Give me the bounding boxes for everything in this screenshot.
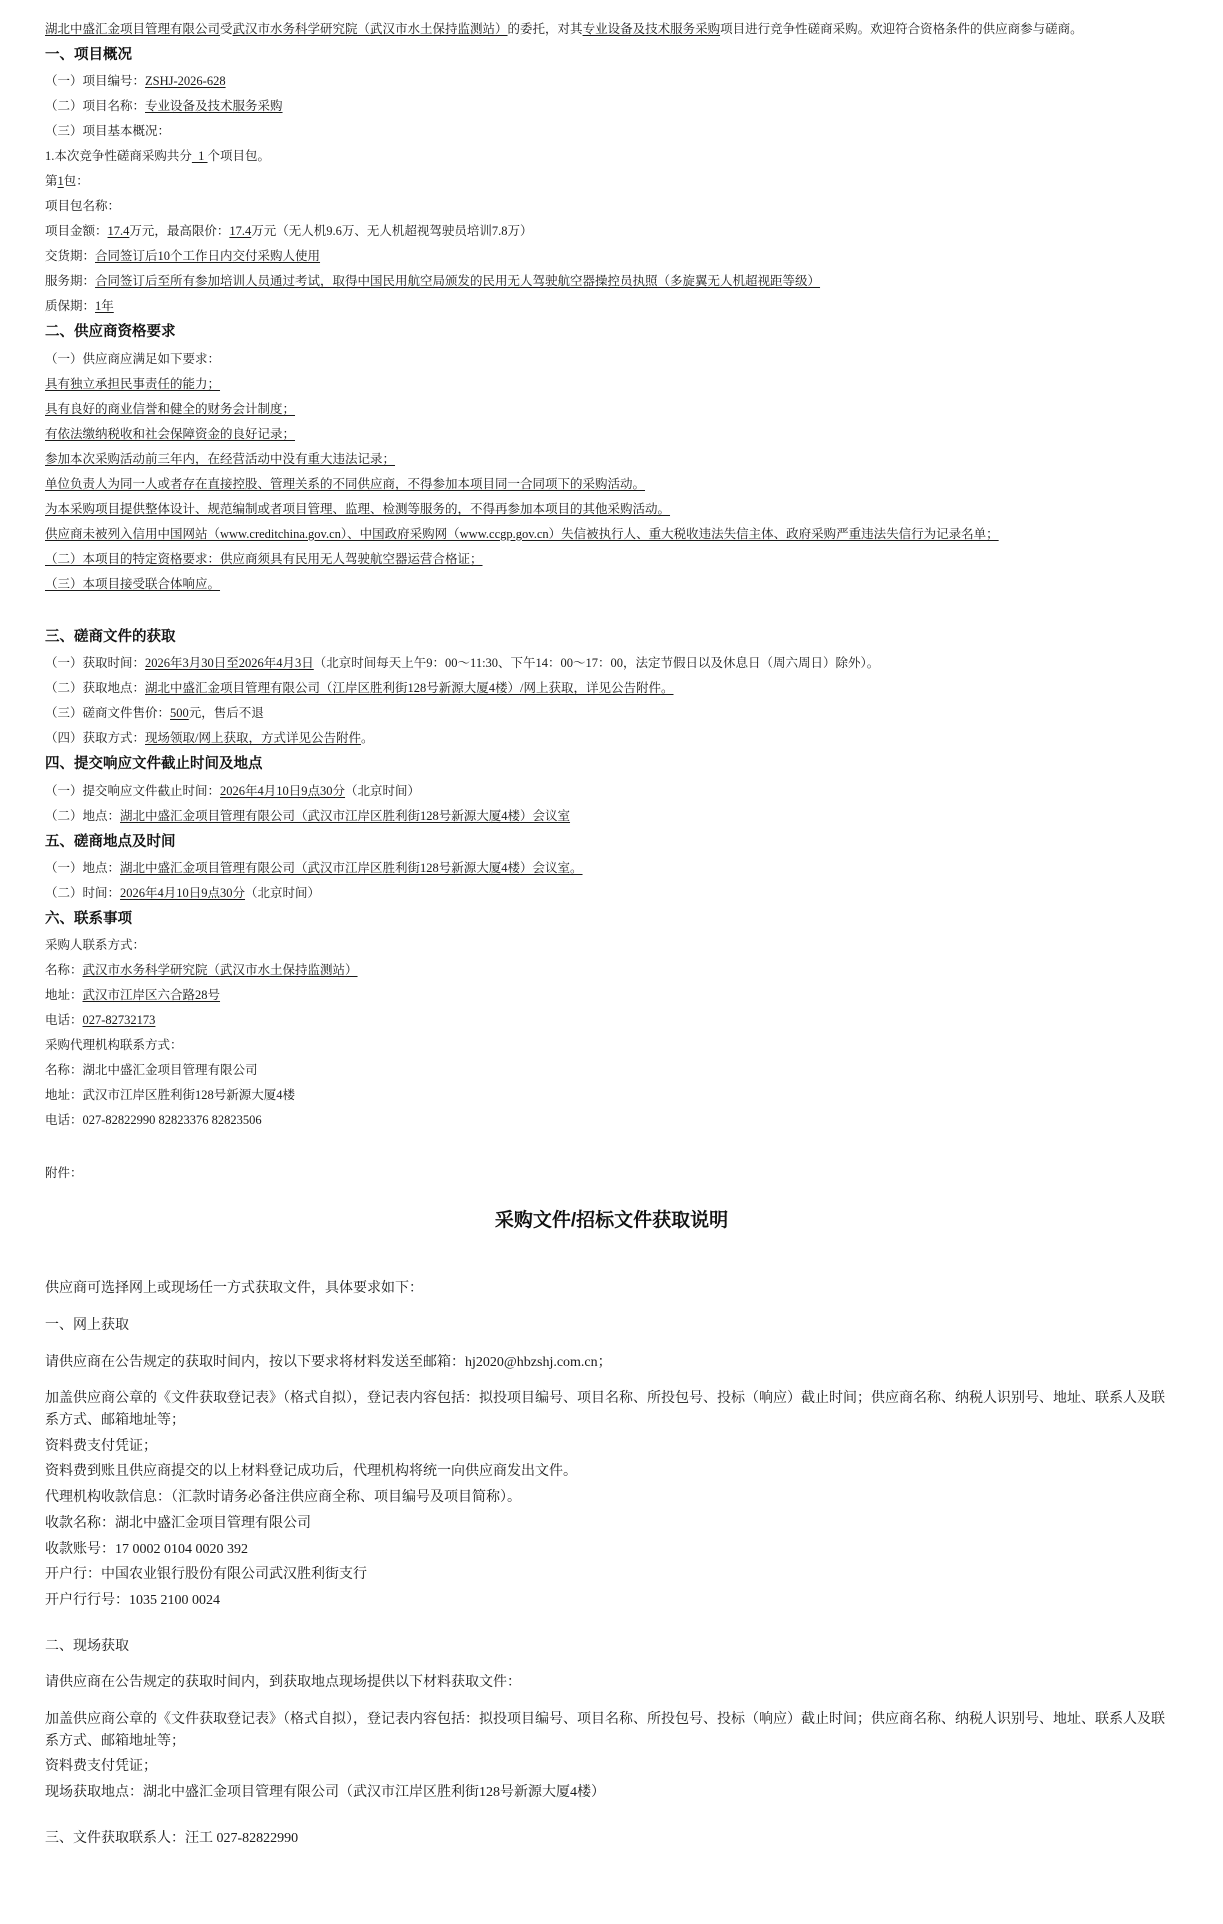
paragraph: 湖北中盛汇金项目管理有限公司受武汉市水务科学研究院（武汉市水土保持监测站）的委托…	[45, 22, 1178, 37]
text-segment: （二）时间：	[45, 886, 120, 900]
text-segment: 资料费支付凭证；	[45, 1759, 157, 1774]
text-segment: 三、文件获取联系人：汪工 027-82822990	[45, 1831, 298, 1846]
paragraph: 名称：武汉市水务科学研究院（武汉市水土保持监测站）	[45, 963, 1178, 978]
underlined-text: 具有独立承担民事责任的能力；	[45, 377, 220, 391]
paragraph: 电话：027-82732173	[45, 1013, 1178, 1028]
text-segment: 采购人联系方式：	[45, 938, 145, 952]
text-segment: （三）磋商文件售价：	[45, 706, 170, 720]
underlined-text: 有依法缴纳税收和社会保障资金的良好记录；	[45, 427, 295, 441]
paragraph: 资料费支付凭证；	[45, 1436, 1178, 1458]
paragraph: 1.本次竞争性磋商采购共分 1 个项目包。	[45, 149, 1178, 164]
text-segment: （一）获取时间：	[45, 656, 145, 670]
vertical-spacer	[45, 602, 1178, 627]
paragraph: 采购代理机构联系方式：	[45, 1038, 1178, 1053]
underlined-text: 供应商未被列入信用中国网站（www.creditchina.gov.cn）、中国…	[45, 527, 999, 541]
text-segment: 收款账号：17 0002 0104 0020 392	[45, 1542, 248, 1557]
text-segment: 请供应商在公告规定的获取时间内，到获取地点现场提供以下材料获取文件：	[45, 1675, 521, 1690]
text-segment: 加盖供应商公章的《文件获取登记表》（格式自拟），登记表内容包括：拟投项目编号、项…	[45, 1712, 1165, 1749]
attachment-body: 供应商可选择网上或现场任一方式获取文件，具体要求如下：一、网上获取请供应商在公告…	[45, 1278, 1178, 1849]
section-heading: 三、磋商文件的获取	[45, 629, 1178, 646]
underlined-text: 单位负责人为同一人或者存在直接控股、管理关系的不同供应商，不得参加本项目同一合同…	[45, 477, 645, 491]
underlined-text: 为本采购项目提供整体设计、规范编制或者项目管理、监理、检测等服务的，不得再参加本…	[45, 502, 670, 516]
paragraph: 供应商未被列入信用中国网站（www.creditchina.gov.cn）、中国…	[45, 527, 1178, 542]
underlined-text: 17.4	[108, 224, 130, 238]
vertical-spacer	[45, 1808, 1178, 1828]
underlined-text: 湖北中盛汇金项目管理有限公司（武汉市江岸区胜利街128号新源大厦4楼）会议室	[120, 809, 570, 823]
underlined-text: 湖北中盛汇金项目管理有限公司（江岸区胜利街128号新源大厦4楼）/网上获取，详见…	[145, 681, 673, 695]
text-segment: （北京时间）	[345, 784, 420, 798]
procurement-announcement-document: 湖北中盛汇金项目管理有限公司受武汉市水务科学研究院（武汉市水土保持监测站）的委托…	[0, 0, 1223, 1924]
paragraph: （二）本项目的特定资格要求：供应商须具有民用无人驾驶航空器运营合格证；	[45, 552, 1178, 567]
underlined-text: 湖北中盛汇金项目管理有限公司（武汉市江岸区胜利街128号新源大厦4楼）会议室。	[120, 861, 583, 875]
paragraph: 具有独立承担民事责任的能力；	[45, 377, 1178, 392]
underlined-text: 1年	[95, 299, 114, 313]
text-segment: 五、磋商地点及时间	[45, 834, 176, 850]
text-segment: 加盖供应商公章的《文件获取登记表》（格式自拟），登记表内容包括：拟投项目编号、项…	[45, 1391, 1165, 1428]
section-heading: 四、提交响应文件截止时间及地点	[45, 756, 1178, 773]
text-segment: （一）供应商应满足如下要求：	[45, 352, 220, 366]
paragraph: （一）获取时间：2026年3月30日至2026年4月3日（北京时间每天上午9：0…	[45, 656, 1178, 671]
text-segment: 个项目包。	[208, 149, 271, 163]
paragraph: 代理机构收款信息：（汇款时请务必备注供应商全称、项目编号及项目简称）。	[45, 1487, 1178, 1509]
paragraph: 项目金额：17.4万元，最高限价：17.4万元（无人机9.6万、无人机超视驾驶员…	[45, 224, 1178, 239]
underlined-text: 现场领取/网上获取，方式详见公告附件	[145, 731, 361, 745]
announcement-body: 湖北中盛汇金项目管理有限公司受武汉市水务科学研究院（武汉市水土保持监测站）的委托…	[45, 22, 1178, 1128]
text-segment: 服务期：	[45, 274, 95, 288]
paragraph: （一）项目编号：ZSHJ-2026-628	[45, 74, 1178, 89]
paragraph: 地址：武汉市江岸区六合路28号	[45, 988, 1178, 1003]
underlined-text: ZSHJ-2026-628	[145, 74, 226, 88]
paragraph: 有依法缴纳税收和社会保障资金的良好记录；	[45, 427, 1178, 442]
section-heading: 一、项目概况	[45, 47, 1178, 64]
paragraph: 名称：湖北中盛汇金项目管理有限公司	[45, 1063, 1178, 1078]
text-segment: 名称：	[45, 963, 83, 977]
text-segment: 一、项目概况	[45, 47, 132, 63]
paragraph: 收款账号：17 0002 0104 0020 392	[45, 1539, 1178, 1561]
text-segment: （四）获取方式：	[45, 731, 145, 745]
paragraph: 加盖供应商公章的《文件获取登记表》（格式自拟），登记表内容包括：拟投项目编号、项…	[45, 1709, 1178, 1752]
text-segment: 三、磋商文件的获取	[45, 629, 176, 645]
section-heading: 二、供应商资格要求	[45, 324, 1178, 341]
text-segment: 代理机构收款信息：（汇款时请务必备注供应商全称、项目编号及项目简称）。	[45, 1490, 521, 1505]
paragraph: （四）获取方式：现场领取/网上获取，方式详见公告附件。	[45, 731, 1178, 746]
text-segment: （二）获取地点：	[45, 681, 145, 695]
text-segment: 1.本次竞争性磋商采购共分	[45, 149, 192, 163]
text-segment: 请供应商在公告规定的获取时间内，按以下要求将材料发送至邮箱：hj2020@hbz…	[45, 1355, 612, 1370]
text-segment: （一）提交响应文件截止时间：	[45, 784, 220, 798]
text-segment: 现场获取地点：湖北中盛汇金项目管理有限公司（武汉市江岸区胜利街128号新源大厦4…	[45, 1785, 605, 1800]
paragraph: 资料费到账且供应商提交的以上材料登记成功后，代理机构将统一向供应商发出文件。	[45, 1461, 1178, 1483]
paragraph: （三）本项目接受联合体响应。	[45, 577, 1178, 592]
text-segment: 名称：湖北中盛汇金项目管理有限公司	[45, 1063, 258, 1077]
text-segment: 开户行：中国农业银行股份有限公司武汉胜利街支行	[45, 1567, 367, 1582]
text-segment: 元，售后不退	[189, 706, 264, 720]
vertical-spacer	[45, 1616, 1178, 1636]
paragraph: 电话：027-82822990 82823376 82823506	[45, 1113, 1178, 1128]
paragraph: （二）时间：2026年4月10日9点30分（北京时间）	[45, 886, 1178, 901]
text-segment: 资料费到账且供应商提交的以上材料登记成功后，代理机构将统一向供应商发出文件。	[45, 1464, 577, 1479]
text-segment: 一、网上获取	[45, 1318, 129, 1333]
paragraph: （一）地点：湖北中盛汇金项目管理有限公司（武汉市江岸区胜利街128号新源大厦4楼…	[45, 861, 1178, 876]
text-segment: （一）地点：	[45, 861, 120, 875]
underlined-text: 湖北中盛汇金项目管理有限公司	[45, 22, 220, 36]
text-segment: 二、供应商资格要求	[45, 324, 176, 340]
paragraph: 开户行行号：1035 2100 0024	[45, 1590, 1178, 1612]
attachment-label: 附件：	[45, 1166, 1178, 1181]
text-segment: 电话：027-82822990 82823376 82823506	[45, 1113, 262, 1127]
text-segment: 四、提交响应文件截止时间及地点	[45, 756, 263, 772]
text-segment: 电话：	[45, 1013, 83, 1027]
text-segment: 万元，最高限价：	[129, 224, 229, 238]
underlined-text: 武汉市水务科学研究院（武汉市水土保持监测站）	[233, 22, 508, 36]
underlined-text: 专业设备及技术服务采购	[583, 22, 721, 36]
text-segment: （二）项目名称：	[45, 99, 145, 113]
paragraph: 地址：武汉市江岸区胜利街128号新源大厦4楼	[45, 1088, 1178, 1103]
attachment-title: 采购文件/招标文件获取说明	[45, 1205, 1178, 1232]
paragraph: （三）磋商文件售价：500元，售后不退	[45, 706, 1178, 721]
text-segment: 。	[361, 731, 374, 745]
text-segment: 受	[220, 22, 233, 36]
underlined-text: 2026年4月10日9点30分	[220, 784, 345, 798]
paragraph: 现场获取地点：湖北中盛汇金项目管理有限公司（武汉市江岸区胜利街128号新源大厦4…	[45, 1782, 1178, 1804]
underlined-text: 2026年3月30日至2026年4月3日	[145, 656, 314, 670]
text-segment: 开户行行号：1035 2100 0024	[45, 1593, 220, 1608]
paragraph: （一）提交响应文件截止时间：2026年4月10日9点30分（北京时间）	[45, 784, 1178, 799]
underlined-text: 027-82732173	[83, 1013, 156, 1027]
underlined-text: 2026年4月10日9点30分	[120, 886, 245, 900]
paragraph: 开户行：中国农业银行股份有限公司武汉胜利街支行	[45, 1564, 1178, 1586]
underlined-text: 专业设备及技术服务采购	[145, 99, 283, 113]
paragraph: 第1包：	[45, 174, 1178, 189]
paragraph: 服务期：合同签订后至所有参加培训人员通过考试，取得中国民用航空局颁发的民用无人驾…	[45, 274, 1178, 289]
text-segment: 收款名称：湖北中盛汇金项目管理有限公司	[45, 1516, 311, 1531]
text-segment: 项目包名称：	[45, 199, 120, 213]
text-segment: 采购代理机构联系方式：	[45, 1038, 183, 1052]
paragraph: 单位负责人为同一人或者存在直接控股、管理关系的不同供应商，不得参加本项目同一合同…	[45, 477, 1178, 492]
paragraph: 为本采购项目提供整体设计、规范编制或者项目管理、监理、检测等服务的，不得再参加本…	[45, 502, 1178, 517]
paragraph: （二）获取地点：湖北中盛汇金项目管理有限公司（江岸区胜利街128号新源大厦4楼）…	[45, 681, 1178, 696]
paragraph: （三）项目基本概况：	[45, 124, 1178, 139]
section-heading: 五、磋商地点及时间	[45, 834, 1178, 851]
paragraph: 请供应商在公告规定的获取时间内，到获取地点现场提供以下材料获取文件：	[45, 1672, 1178, 1694]
text-segment: 项目进行竞争性磋商采购。欢迎符合资格条件的供应商参与磋商。	[720, 22, 1083, 36]
text-segment: 二、现场获取	[45, 1639, 129, 1654]
text-segment: 交货期：	[45, 249, 95, 263]
text-segment: 资料费支付凭证；	[45, 1439, 157, 1454]
paragraph: 具有良好的商业信誉和健全的财务会计制度；	[45, 402, 1178, 417]
underlined-text: 具有良好的商业信誉和健全的财务会计制度；	[45, 402, 295, 416]
text-segment: 第	[45, 174, 58, 188]
text-segment: 六、联系事项	[45, 911, 132, 927]
underlined-text: 合同签订后10个工作日内交付采购人使用	[95, 249, 320, 263]
text-segment: （一）项目编号：	[45, 74, 145, 88]
paragraph: 项目包名称：	[45, 199, 1178, 214]
paragraph: （一）供应商应满足如下要求：	[45, 352, 1178, 367]
paragraph: 三、文件获取联系人：汪工 027-82822990	[45, 1828, 1178, 1850]
underlined-text: （二）本项目的特定资格要求：供应商须具有民用无人驾驶航空器运营合格证；	[45, 552, 483, 566]
paragraph: 加盖供应商公章的《文件获取登记表》（格式自拟），登记表内容包括：拟投项目编号、项…	[45, 1388, 1178, 1431]
underlined-text: 武汉市江岸区六合路28号	[83, 988, 221, 1002]
text-segment: 地址：武汉市江岸区胜利街128号新源大厦4楼	[45, 1088, 295, 1102]
text-segment: 万元（无人机9.6万、无人机超视驾驶员培训7.8万）	[251, 224, 532, 238]
paragraph: 请供应商在公告规定的获取时间内，按以下要求将材料发送至邮箱：hj2020@hbz…	[45, 1352, 1178, 1374]
paragraph: 质保期：1年	[45, 299, 1178, 314]
paragraph: 一、网上获取	[45, 1315, 1178, 1337]
text-segment: 的委托，对其	[508, 22, 583, 36]
paragraph: 采购人联系方式：	[45, 938, 1178, 953]
text-segment: （三）项目基本概况：	[45, 124, 170, 138]
underlined-text: 参加本次采购活动前三年内，在经营活动中没有重大违法记录；	[45, 452, 395, 466]
underlined-text: 武汉市水务科学研究院（武汉市水土保持监测站）	[83, 963, 358, 977]
text-segment: 供应商可选择网上或现场任一方式获取文件，具体要求如下：	[45, 1281, 423, 1296]
text-segment: 项目金额：	[45, 224, 108, 238]
text-segment: （北京时间）	[245, 886, 320, 900]
paragraph: 参加本次采购活动前三年内，在经营活动中没有重大违法记录；	[45, 452, 1178, 467]
text-segment: 质保期：	[45, 299, 95, 313]
paragraph: 资料费支付凭证；	[45, 1756, 1178, 1778]
underlined-text: 500	[170, 706, 189, 720]
text-segment: 地址：	[45, 988, 83, 1002]
paragraph: 供应商可选择网上或现场任一方式获取文件，具体要求如下：	[45, 1278, 1178, 1300]
text-segment: 包：	[64, 174, 89, 188]
paragraph: 交货期：合同签订后10个工作日内交付采购人使用	[45, 249, 1178, 264]
underlined-text: （三）本项目接受联合体响应。	[45, 577, 220, 591]
text-segment: （北京时间每天上午9：00～11:30、下午14：00～17：00，法定节假日以…	[314, 656, 880, 670]
paragraph: 收款名称：湖北中盛汇金项目管理有限公司	[45, 1513, 1178, 1535]
underlined-text: 17.4	[229, 224, 251, 238]
underlined-text: 1	[192, 149, 208, 163]
paragraph: （二）项目名称：专业设备及技术服务采购	[45, 99, 1178, 114]
text-segment: （二）地点：	[45, 809, 120, 823]
paragraph: （二）地点：湖北中盛汇金项目管理有限公司（武汉市江岸区胜利街128号新源大厦4楼…	[45, 809, 1178, 824]
underlined-text: 合同签订后至所有参加培训人员通过考试，取得中国民用航空局颁发的民用无人驾驶航空器…	[95, 274, 820, 288]
section-heading: 六、联系事项	[45, 911, 1178, 928]
paragraph: 二、现场获取	[45, 1636, 1178, 1658]
